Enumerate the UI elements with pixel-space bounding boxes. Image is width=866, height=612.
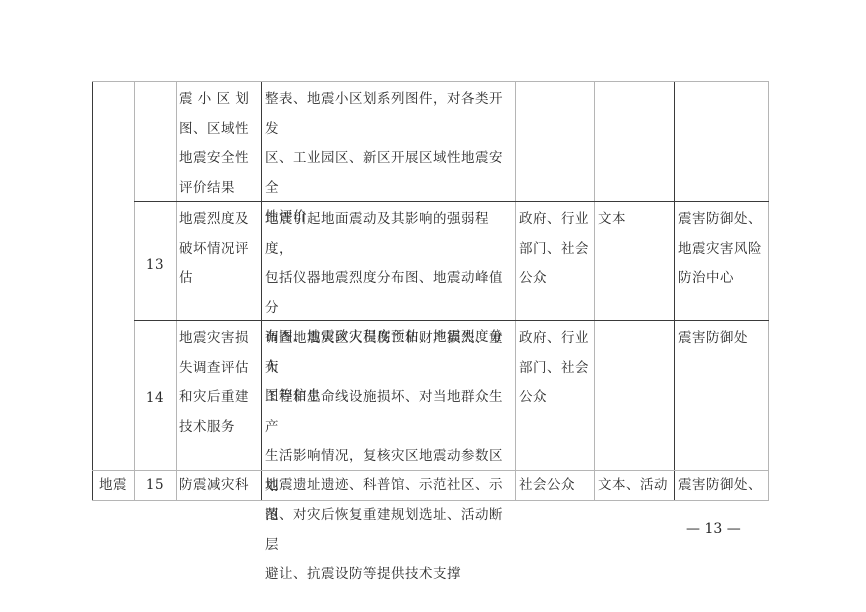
table-cell-index: 13 — [134, 251, 176, 281]
page-number: — 13 — — [686, 521, 741, 537]
table-cell-department: 震害防御处、 地震灾害风险 防治中心 — [678, 205, 770, 294]
table-cell-index: 14 — [134, 384, 176, 414]
table-col-divider — [134, 81, 135, 501]
table-col-divider — [594, 81, 595, 501]
table-cell-index: 15 — [134, 471, 176, 501]
table-cell-description: 调查地震灾区人员伤亡和财产损失、重大 工程和生命线设施损坏、对当地群众生产 生活… — [265, 324, 515, 590]
table-cell-audience: 政府、行业 部门、社会 公众 — [519, 324, 594, 413]
table-border-top — [92, 81, 769, 82]
table-cell-audience: 社会公众 — [519, 471, 594, 501]
table-cell-item: 震 小 区 划 图、区域性 地震安全性 评价结果 — [179, 85, 261, 203]
table-cell-category: 地震 — [92, 471, 134, 501]
table-col-divider — [176, 81, 177, 501]
table-cell-item: 地震烈度及 破坏情况评 估 — [179, 205, 261, 294]
table-cell-audience: 政府、行业 部门、社会 公众 — [519, 205, 594, 294]
table-cell-form: 文本、活动 — [598, 471, 674, 501]
table-col-divider — [674, 81, 675, 501]
table-cell-department: 震害防御处、 — [678, 471, 770, 501]
table-col-divider — [261, 81, 262, 501]
table-border-left — [92, 81, 93, 501]
table-cell-form: 文本 — [598, 205, 674, 235]
table-cell-department: 震害防御处 — [678, 324, 770, 354]
table-col-divider — [515, 81, 516, 501]
table-cell-description: 地震遗址遗迹、科普馆、示范社区、示范 — [265, 471, 515, 530]
table-cell-item: 防震减灾科 — [179, 471, 261, 501]
table-cell-item: 地震灾害损 失调查评估 和灾后重建 技术服务 — [179, 324, 261, 442]
